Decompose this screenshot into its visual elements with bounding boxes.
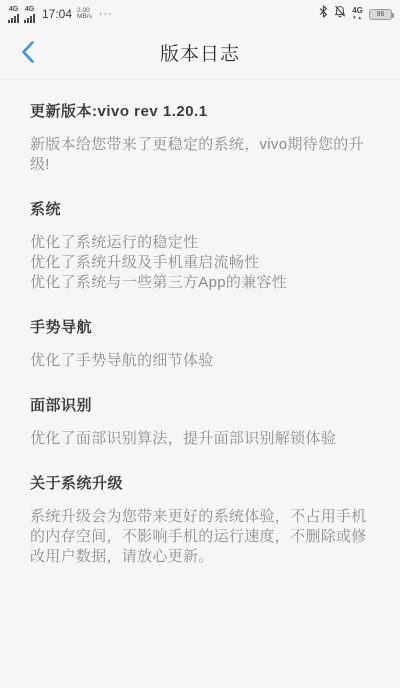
signal-strength-icon-sim2: 4G bbox=[24, 6, 35, 23]
title-bar: 版本日志 bbox=[0, 26, 400, 80]
status-bar: 4G 4G 17:04 2.00 MB/s ··· 4G bbox=[0, 0, 400, 26]
body-line: 优化了系统升级及手机重启流畅性 bbox=[30, 253, 370, 273]
version-log-content: 更新版本:vivo rev 1.20.1 新版本给您带来了更稳定的系统，vivo… bbox=[0, 103, 400, 567]
section-title: 系统 bbox=[30, 201, 370, 219]
more-indicators-icon: ··· bbox=[99, 8, 113, 20]
battery-icon: 96 bbox=[369, 9, 392, 20]
back-chevron-icon bbox=[21, 40, 35, 67]
section-gesture-navigation: 手势导航 优化了手势导航的细节体验 bbox=[30, 319, 370, 371]
section-body: 优化了手势导航的细节体验 bbox=[30, 351, 370, 371]
body-line: 优化了系统与一些第三方App的兼容性 bbox=[30, 273, 370, 293]
section-body: 系统升级会为您带来更好的系统体验，不占用手机的内存空间，不影响手机的运行速度，不… bbox=[30, 507, 370, 567]
network-speed-indicator: 2.00 MB/s bbox=[77, 8, 92, 21]
section-body: 优化了系统运行的稳定性 优化了系统升级及手机重启流畅性 优化了系统与一些第三方A… bbox=[30, 233, 370, 293]
status-time: 17:04 bbox=[42, 7, 72, 21]
signal-strength-icon-sim1: 4G bbox=[8, 6, 19, 23]
mobile-data-4g-icon: 4G ▼▲ bbox=[352, 7, 363, 21]
section-about-system-upgrade: 关于系统升级 系统升级会为您带来更好的系统体验，不占用手机的内存空间，不影响手机… bbox=[30, 475, 370, 567]
section-face-recognition: 面部识别 优化了面部识别算法，提升面部识别解锁体验 bbox=[30, 397, 370, 449]
section-title: 关于系统升级 bbox=[30, 475, 370, 493]
body-line: 系统升级会为您带来更好的系统体验，不占用手机的内存空间，不影响手机的运行速度，不… bbox=[30, 507, 370, 567]
body-line: 优化了系统运行的稳定性 bbox=[30, 233, 370, 253]
notifications-off-icon bbox=[334, 5, 346, 23]
body-line: 优化了手势导航的细节体验 bbox=[30, 351, 370, 371]
page-title: 版本日志 bbox=[0, 39, 400, 66]
section-title: 面部识别 bbox=[30, 397, 370, 415]
section-body: 新版本给您带来了更稳定的系统，vivo期待您的升级! bbox=[30, 135, 370, 175]
body-line: 优化了面部识别算法，提升面部识别解锁体验 bbox=[30, 429, 370, 449]
section-body: 优化了面部识别算法，提升面部识别解锁体验 bbox=[30, 429, 370, 449]
section-system: 系统 优化了系统运行的稳定性 优化了系统升级及手机重启流畅性 优化了系统与一些第… bbox=[30, 201, 370, 293]
battery-percent: 96 bbox=[377, 11, 385, 18]
section-title: 更新版本:vivo rev 1.20.1 bbox=[30, 103, 370, 121]
section-title: 手势导航 bbox=[30, 319, 370, 337]
bluetooth-icon bbox=[319, 5, 328, 23]
back-button[interactable] bbox=[10, 35, 46, 71]
body-line: 新版本给您带来了更稳定的系统，vivo期待您的升级! bbox=[30, 135, 370, 175]
section-update-version: 更新版本:vivo rev 1.20.1 新版本给您带来了更稳定的系统，vivo… bbox=[30, 103, 370, 175]
